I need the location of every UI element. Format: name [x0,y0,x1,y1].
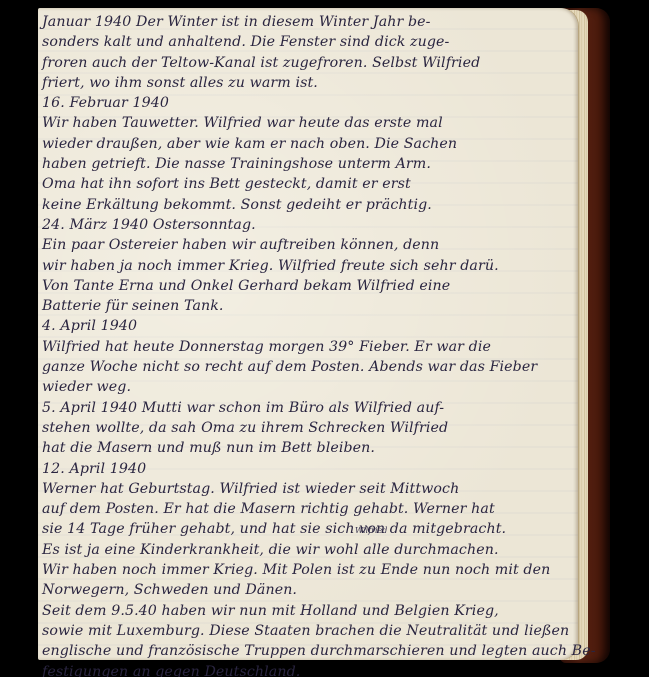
text-line: haben getrieft. Die nasse Trainingshose … [42,154,574,174]
entry-date: 24. März 1940 Ostersonntag. [42,215,574,235]
text-line: Wir haben noch immer Krieg. Mit Polen is… [42,560,574,580]
text-line: friert, wo ihm sonst alles zu warm ist. [42,73,574,93]
text-line: Januar 1940 Der Winter ist in diesem Win… [42,12,574,32]
entry-date-line: 5. April 1940 Mutti war schon im Büro al… [42,398,574,418]
entry-date: 4. April 1940 [42,316,574,336]
text-line: Wir haben Tauwetter. Wilfried war heute … [42,113,574,133]
text-line: sie 14 Tage früher gehabt, und hat sie s… [42,519,574,539]
text-line: Wilfried hat heute Donnerstag morgen 39°… [42,337,574,357]
text-line: Ein paar Ostereier haben wir auftreiben … [42,235,574,255]
text-line: Oma hat ihn sofort ins Bett gesteckt, da… [42,174,574,194]
handwritten-text: Januar 1940 Der Winter ist in diesem Win… [42,12,574,677]
text-line: Batterie für seinen Tank. [42,296,574,316]
entry-date: 16. Februar 1940 [42,93,574,113]
text-line: festigungen an gegen Deutschland. [42,662,574,677]
text-line: Seit dem 9.5.40 haben wir nun mit Hollan… [42,601,574,621]
interlinear-insertion: Wilfried [355,527,387,535]
text-line: Von Tante Erna und Onkel Gerhard bekam W… [42,276,574,296]
text-line: englische und französische Truppen durch… [42,641,574,661]
text-line: wieder weg. [42,377,574,397]
text-line: froren auch der Teltow-Kanal ist zugefro… [42,53,574,73]
text-line: stehen wollte, da sah Oma zu ihrem Schre… [42,418,574,438]
text-line: ganze Woche nicht so recht auf dem Poste… [42,357,574,377]
text-line: keine Erkältung bekommt. Sonst gedeiht e… [42,195,574,215]
text-line: wieder draußen, aber wie kam er nach obe… [42,134,574,154]
text-line: Norwegern, Schweden und Dänen. [42,580,574,600]
text-line: sonders kalt und anhaltend. Die Fenster … [42,32,574,52]
text-line: auf dem Posten. Er hat die Masern richti… [42,499,574,519]
text-line: Werner hat Geburtstag. Wilfried ist wied… [42,479,574,499]
text-line: wir haben ja noch immer Krieg. Wilfried … [42,256,574,276]
entry-date: 12. April 1940 [42,459,574,479]
text-line: sowie mit Luxemburg. Diese Staaten brach… [42,621,574,641]
text-line: Es ist ja eine Kinderkrankheit, die wir … [42,540,574,560]
text-line: hat die Masern und muß nun im Bett bleib… [42,438,574,458]
